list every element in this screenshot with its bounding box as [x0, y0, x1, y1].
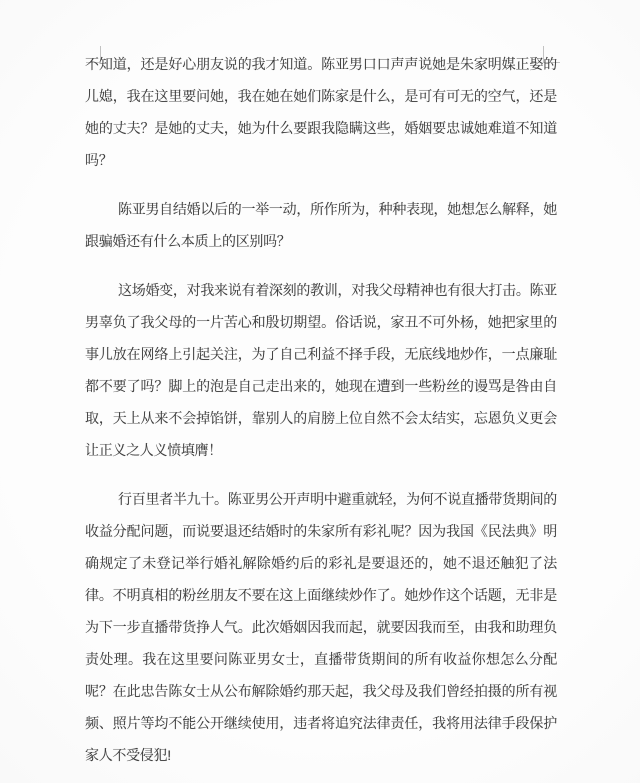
text-line: 儿媳，我在这里要问她，我在她在她们陈家是什么，是可有可无的空气，还是 [85, 80, 557, 112]
paragraph: 行百里者半九十。陈亚男公开声明中避重就轻，为何不说直播带货期间的收益分配问题，而… [85, 483, 557, 771]
text-line: 收益分配问题，而说要退还结婚时的朱家所有彩礼呢？因为我国《民法典》明 [85, 515, 557, 547]
text-line: 律。不明真相的粉丝朋友不要在这上面继续炒作了。她炒作这个话题，无非是 [85, 579, 557, 611]
text-line: 频、照片等均不能公开继续使用，违者将追究法律责任，我将用法律手段保护 [85, 707, 557, 739]
paragraph: 陈亚男自结婚以后的一举一动，所作所为，种种表现，她想怎么解释，她跟骗婚还有什么本… [85, 193, 557, 257]
text-line: 吗？ [85, 144, 557, 176]
text-line: 让正义之人义愤填膺！ [85, 434, 557, 466]
text-line: 确规定了未登记举行婚礼解除婚约后的彩礼是要退还的，她不退还触犯了法 [85, 547, 557, 579]
text-line: 行百里者半九十。陈亚男公开声明中避重就轻，为何不说直播带货期间的 [85, 483, 557, 515]
document-text: 不知道，还是好心朋友说的我才知道。陈亚男口口声声说她是朱家明媒正娶的儿媳，我在这… [85, 48, 557, 783]
text-line: 男辜负了我父母的一片苦心和殷切期望。俗话说，家丑不可外杨，她把家里的 [85, 306, 557, 338]
text-line: 都不要了吗？脚上的泡是自己走出来的，她现在遭到一些粉丝的谩骂是咎由自 [85, 370, 557, 402]
text-line: 她的丈夫？是她的丈夫，她为什么要跟我隐瞒这些，婚姻要忠诚她难道不知道 [85, 112, 557, 144]
text-line: 为下一步直播带货挣人气。此次婚姻因我而起，就要因我而至，由我和助理负 [85, 611, 557, 643]
text-line: 责处理。我在这里要问陈亚男女士，直播带货期间的所有收益你想怎么分配 [85, 643, 557, 675]
text-line: 呢？在此忠告陈女士从公布解除婚约那天起，我父母及我们曾经拍摄的所有视 [85, 675, 557, 707]
text-line: 家人不受侵犯! [85, 739, 557, 771]
text-line: 不知道，还是好心朋友说的我才知道。陈亚男口口声声说她是朱家明媒正娶的 [85, 48, 557, 80]
text-line: 陈亚男自结婚以后的一举一动，所作所为，种种表现，她想怎么解释，她 [85, 193, 557, 225]
text-line: 这场婚变，对我来说有着深刻的教训，对我父母精神也有很大打击。陈亚 [85, 274, 557, 306]
text-line: 取，天上从来不会掉馅饼，靠别人的肩膀上位自然不会太结实，忘恩负义更会 [85, 402, 557, 434]
paragraph: 这场婚变，对我来说有着深刻的教训，对我父母精神也有很大打击。陈亚男辜负了我父母的… [85, 274, 557, 466]
text-line: 事儿放在网络上引起关注，为了自己利益不择手段，无底线地炒作，一点廉耻 [85, 338, 557, 370]
document-page: 不知道，还是好心朋友说的我才知道。陈亚男口口声声说她是朱家明媒正娶的儿媳，我在这… [0, 0, 640, 783]
text-line: 跟骗婚还有什么本质上的区别吗？ [85, 225, 557, 257]
paragraph: 不知道，还是好心朋友说的我才知道。陈亚男口口声声说她是朱家明媒正娶的儿媳，我在这… [85, 48, 557, 176]
